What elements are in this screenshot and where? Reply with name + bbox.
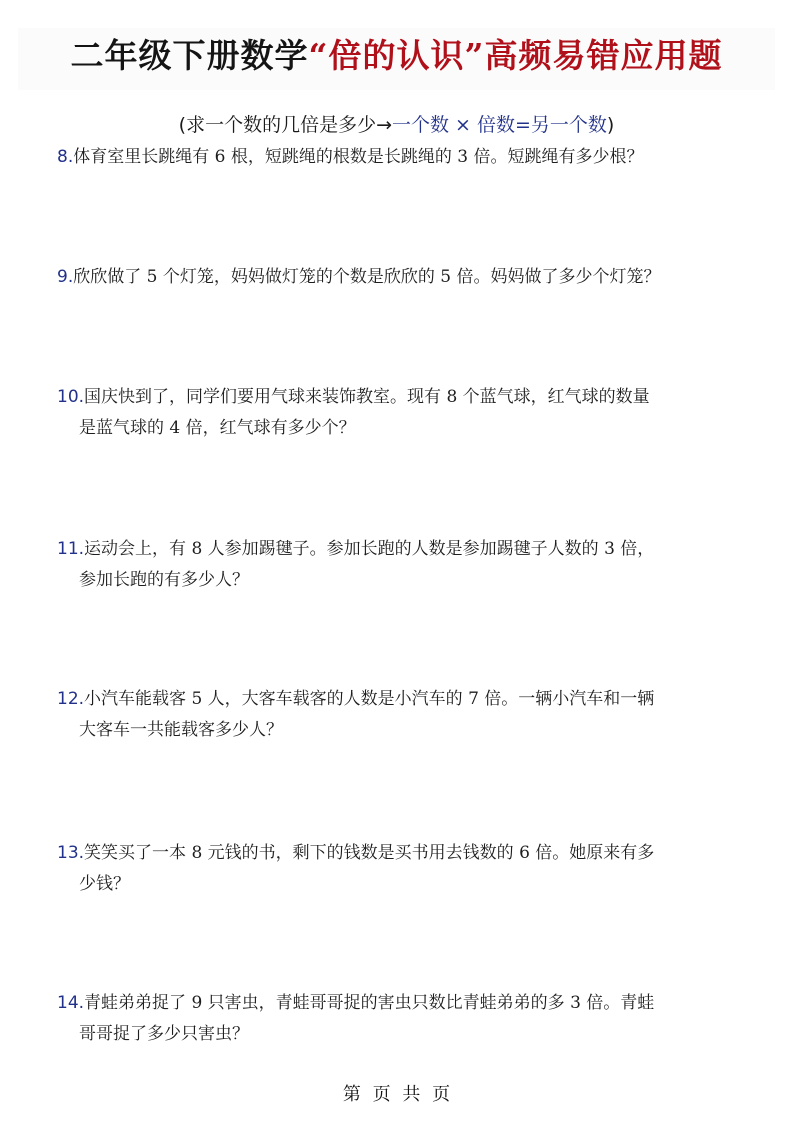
question-text-continued: 少钱？ (57, 869, 747, 900)
question-12: 12.小汽车能载客 5 人，大客车载客的人数是小汽车的 7 倍。一辆小汽车和一辆… (57, 684, 747, 746)
question-8: 8.体育室里长跳绳有 6 根，短跳绳的根数是长跳绳的 3 倍。短跳绳有多少根？ (57, 142, 747, 173)
question-10: 10.国庆快到了，同学们要用气球来装饰教室。现有 8 个蓝气球，红气球的数量 是… (57, 382, 747, 444)
question-number: 8. (57, 147, 73, 167)
page-footer: 第 页 共 页 (0, 1080, 793, 1106)
formula-hint-prefix: (求一个数的几倍是多少→ (179, 114, 392, 136)
question-9: 9.欣欣做了 5 个灯笼，妈妈做灯笼的个数是欣欣的 5 倍。妈妈做了多少个灯笼？ (57, 262, 747, 293)
question-number: 14. (57, 993, 84, 1013)
question-text: 笑笑买了一本 8 元钱的书，剩下的钱数是买书用去钱数的 6 倍。她原来有多 (84, 843, 654, 863)
question-text-continued: 大客车一共能载客多少人？ (57, 715, 747, 746)
question-text: 青蛙弟弟捉了 9 只害虫，青蛙哥哥捉的害虫只数比青蛙弟弟的多 3 倍。青蛙 (84, 993, 654, 1013)
question-number: 12. (57, 689, 84, 709)
formula-text: 一个数 × 倍数=另一个数 (392, 114, 607, 136)
question-text: 欣欣做了 5 个灯笼，妈妈做灯笼的个数是欣欣的 5 倍。妈妈做了多少个灯笼？ (73, 267, 660, 287)
question-text-continued: 是蓝气球的 4 倍，红气球有多少个？ (57, 413, 747, 444)
question-text-continued: 参加长跑的有多少人？ (57, 565, 747, 596)
question-number: 11. (57, 539, 84, 559)
title-part-grade: 二年级下册数学 (71, 36, 309, 75)
question-text: 国庆快到了，同学们要用气球来装饰教室。现有 8 个蓝气球，红气球的数量 (84, 387, 650, 407)
question-13: 13.笑笑买了一本 8 元钱的书，剩下的钱数是买书用去钱数的 6 倍。她原来有多… (57, 838, 747, 900)
formula-hint-suffix: ) (607, 114, 614, 136)
question-11: 11.运动会上，有 8 人参加踢毽子。参加长跑的人数是参加踢毽子人数的 3 倍，… (57, 534, 747, 596)
question-text: 体育室里长跳绳有 6 根，短跳绳的根数是长跳绳的 3 倍。短跳绳有多少根？ (73, 147, 643, 167)
page-title: 二年级下册数学“倍的认识”高频易错应用题 (0, 36, 793, 76)
title-part-topic: “倍的认识” (309, 36, 485, 75)
question-14: 14.青蛙弟弟捉了 9 只害虫，青蛙哥哥捉的害虫只数比青蛙弟弟的多 3 倍。青蛙… (57, 988, 747, 1050)
question-number: 10. (57, 387, 84, 407)
question-number: 9. (57, 267, 73, 287)
question-text: 运动会上，有 8 人参加踢毽子。参加长跑的人数是参加踢毽子人数的 3 倍， (84, 539, 654, 559)
question-number: 13. (57, 843, 84, 863)
formula-hint: (求一个数的几倍是多少→一个数 × 倍数=另一个数) (0, 112, 793, 138)
question-text-continued: 哥哥捉了多少只害虫？ (57, 1019, 747, 1050)
question-text: 小汽车能载客 5 人，大客车载客的人数是小汽车的 7 倍。一辆小汽车和一辆 (84, 689, 654, 709)
title-part-type: 高频易错应用题 (484, 36, 722, 75)
